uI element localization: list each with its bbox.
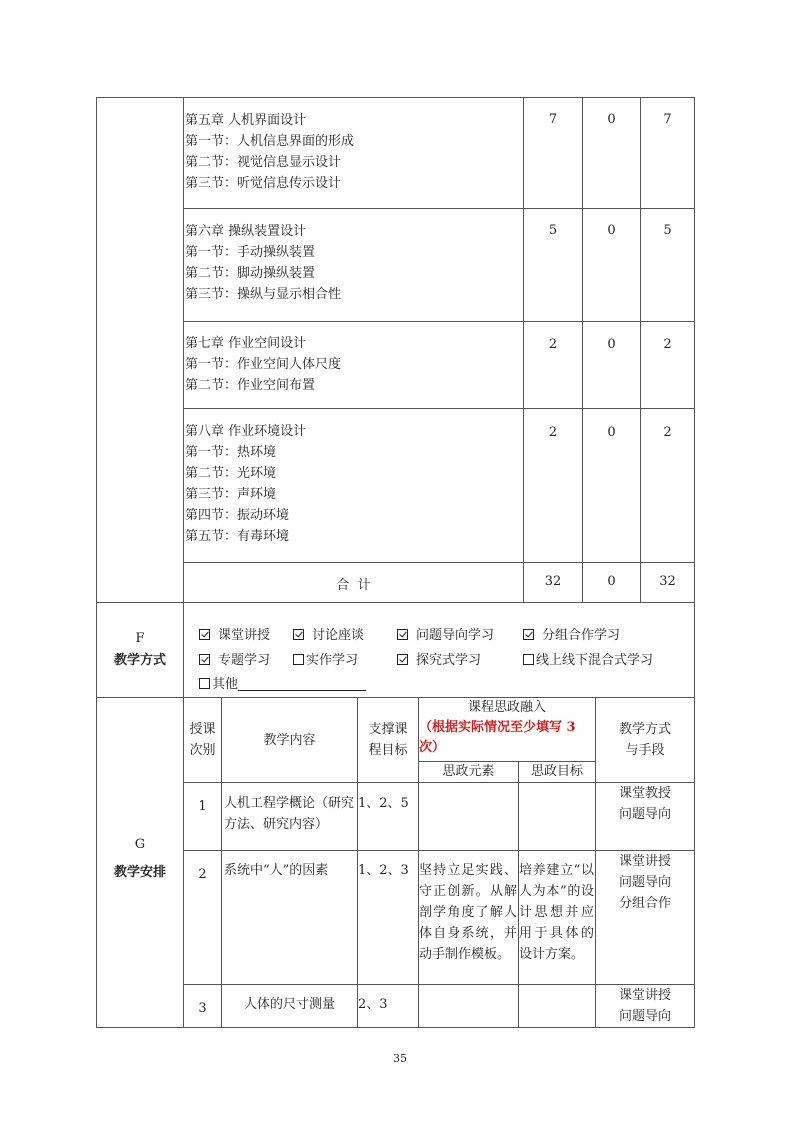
section-item: 第三节：操纵与显示相合性 xyxy=(185,284,341,305)
sum-lecture-hours: 32 xyxy=(524,574,582,589)
checkbox-unchecked-icon[interactable] xyxy=(199,678,210,689)
row-3-objectives: 2、3 xyxy=(358,994,418,1015)
table-top-border xyxy=(96,97,695,98)
ideology-note: （根据实际情况至少填写 3 次） xyxy=(419,718,595,758)
practice-hours: 0 xyxy=(583,223,640,238)
page-number: 35 xyxy=(380,1052,420,1065)
chapter-title: 第八章 作业环境设计 xyxy=(185,421,306,442)
chapter-title: 第七章 作业空间设计 xyxy=(185,333,341,354)
total-hours: 7 xyxy=(641,112,694,127)
row-1-session: 1 xyxy=(184,796,221,817)
row-divider xyxy=(183,321,695,322)
lecture-hours: 2 xyxy=(524,425,582,440)
option-lecture[interactable]: 课堂讲授 xyxy=(199,624,270,643)
row-1-content: 人机工程学概论（研究方法、研究内容） xyxy=(224,793,357,835)
practice-hours: 0 xyxy=(583,112,640,127)
section-item: 第二节：光环境 xyxy=(185,463,306,484)
row-divider xyxy=(183,408,695,409)
section-item: 第二节：视觉信息显示设计 xyxy=(185,152,354,173)
section-item: 第五节：有毒环境 xyxy=(185,526,306,547)
section-g-top xyxy=(96,697,695,698)
row-3-methods: 课堂讲授 问题导向 xyxy=(596,985,694,1027)
option-practical[interactable]: 实作学习 xyxy=(293,649,358,668)
checkbox-unchecked-icon[interactable] xyxy=(293,654,304,665)
section-item: 第一节：手动操纵装置 xyxy=(185,242,341,263)
option-group-cooperation[interactable]: 分组合作学习 xyxy=(523,624,620,643)
option-problem-based[interactable]: 问题导向学习 xyxy=(397,624,494,643)
checkbox-unchecked-icon[interactable] xyxy=(523,654,534,665)
row-2-content: 系统中“人”的因素 xyxy=(224,860,357,881)
section-f-label: F 教学方式 xyxy=(97,628,183,672)
row-2-element: 坚持立足实践、守正创新。从解剖学角度了解人体自身系统，并动手制作模板。 xyxy=(419,860,517,965)
total-hours: 5 xyxy=(641,223,694,238)
section-item: 第一节：作业空间人体尺度 xyxy=(185,354,341,375)
option-topic-study[interactable]: 专题学习 xyxy=(199,649,270,668)
table-bottom-border xyxy=(96,1027,695,1028)
sum-total-hours: 32 xyxy=(641,574,694,589)
sum-practice-hours: 0 xyxy=(583,574,640,589)
section-g-label: G 教学安排 xyxy=(97,834,183,884)
checkbox-checked-icon[interactable] xyxy=(293,629,304,640)
header-objective: 支撑课 程目标 xyxy=(358,719,418,761)
lecture-hours: 7 xyxy=(524,112,582,127)
row-divider xyxy=(183,562,695,563)
section-item: 第三节：听觉信息传示设计 xyxy=(185,173,354,194)
section-letter: G xyxy=(97,834,183,856)
row-2-goal: 培养建立“以人为本”的设计思想并应用于具体的设计方案。 xyxy=(519,860,594,965)
section-item: 第一节：热环境 xyxy=(185,442,306,463)
header-goal: 思政目标 xyxy=(519,762,595,782)
chapter-7-block: 第七章 作业空间设计 第一节：作业空间人体尺度 第二节：作业空间布置 xyxy=(185,333,341,396)
table-left-border xyxy=(96,97,97,1028)
row-3-content: 人体的尺寸测量 xyxy=(222,994,357,1015)
chapter-8-block: 第八章 作业环境设计 第一节：热环境 第二节：光环境 第三节：声环境 第四节：振… xyxy=(185,421,306,547)
checkbox-checked-icon[interactable] xyxy=(199,629,210,640)
total-hours: 2 xyxy=(641,337,694,352)
chapter-title: 第五章 人机界面设计 xyxy=(185,110,354,131)
lecture-hours: 2 xyxy=(524,337,582,352)
checkbox-checked-icon[interactable] xyxy=(199,654,210,665)
section-item: 第二节：脚动操纵装置 xyxy=(185,263,341,284)
other-blank-field[interactable] xyxy=(238,676,366,691)
header-method: 教学方式 与手段 xyxy=(596,719,694,761)
option-discussion[interactable]: 讨论座谈 xyxy=(293,624,364,643)
row-divider xyxy=(183,208,695,209)
row-3-session: 3 xyxy=(184,998,221,1019)
option-inquiry[interactable]: 探究式学习 xyxy=(397,649,481,668)
section-item: 第二节：作业空间布置 xyxy=(185,375,341,396)
option-other[interactable]: 其他 xyxy=(199,673,366,692)
row-2-objectives: 1、2、3 xyxy=(358,860,418,881)
section-title: 教学安排 xyxy=(97,862,183,884)
row-2-session: 2 xyxy=(184,864,221,885)
header-ideology: 课程思政融入 （根据实际情况至少填写 3 次） xyxy=(419,698,595,758)
checkbox-checked-icon[interactable] xyxy=(397,654,408,665)
row-2-methods: 课堂讲授 问题导向 分组合作 xyxy=(596,851,694,914)
sum-label: 合 计 xyxy=(184,574,523,593)
section-item: 第四节：振动环境 xyxy=(185,505,306,526)
checkbox-checked-icon[interactable] xyxy=(397,629,408,640)
total-hours: 2 xyxy=(641,425,694,440)
header-content: 教学内容 xyxy=(222,730,357,751)
chapter-title: 第六章 操纵装置设计 xyxy=(185,221,341,242)
chapter-5-block: 第五章 人机界面设计 第一节：人机信息界面的形成 第二节：视觉信息显示设计 第三… xyxy=(185,110,354,194)
practice-hours: 0 xyxy=(583,337,640,352)
row-1-methods: 课堂教授 问题导向 xyxy=(596,783,694,825)
section-title: 教学方式 xyxy=(97,650,183,672)
chapter-6-block: 第六章 操纵装置设计 第一节：手动操纵装置 第二节：脚动操纵装置 第三节：操纵与… xyxy=(185,221,341,305)
option-blended[interactable]: 线上线下混合式学习 xyxy=(523,649,653,668)
practice-hours: 0 xyxy=(583,425,640,440)
section-item: 第三节：声环境 xyxy=(185,484,306,505)
section-f-top xyxy=(96,602,695,603)
lecture-hours: 5 xyxy=(524,223,582,238)
checkbox-checked-icon[interactable] xyxy=(523,629,534,640)
row-1-objectives: 1、2、5 xyxy=(358,793,418,814)
section-letter: F xyxy=(97,628,183,650)
section-item: 第一节：人机信息界面的形成 xyxy=(185,131,354,152)
header-session: 授课 次别 xyxy=(184,719,221,761)
header-element: 思政元素 xyxy=(419,762,518,782)
